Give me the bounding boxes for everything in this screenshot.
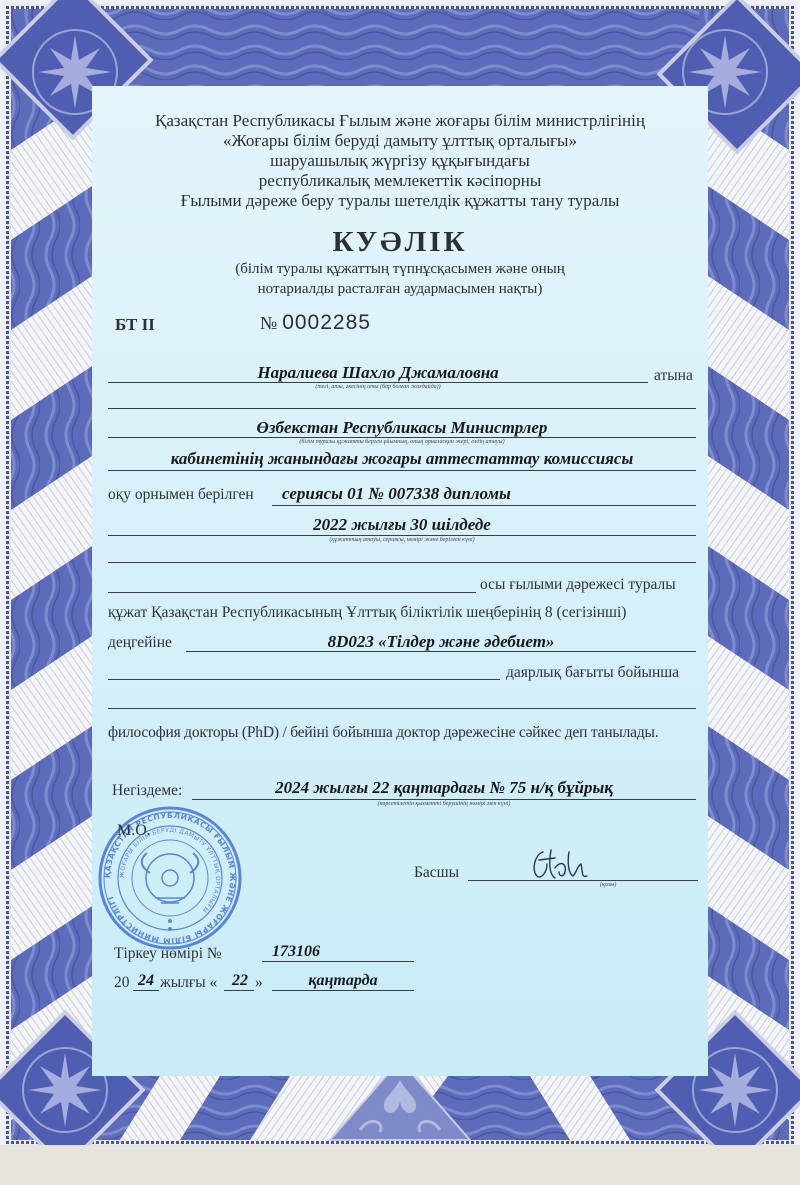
issuer-caption: (білім туралы құжатты берген ұйымның, он… (108, 439, 696, 445)
day-rule (224, 990, 254, 991)
month-rule (272, 990, 414, 991)
subtitle-line-2: нотариалды расталған аудармасымен нақты) (100, 280, 700, 299)
registration-year: 24 (134, 972, 158, 990)
holder-name: Наралиева Шахло Джамаловна (108, 363, 648, 383)
direction-suffix: даярлық бағыты бойынша (506, 664, 679, 682)
blank-rule-1 (108, 408, 696, 409)
document-number: №0002285 (260, 311, 371, 335)
framework-line: құжат Қазақстан Республикасының Ұлттық б… (108, 604, 626, 622)
stamp-place-label: М.О. (117, 822, 151, 840)
diploma-date-rule (108, 535, 696, 536)
issued-by-label: оқу орнымен берілген (108, 486, 254, 504)
header-line-3: шаруашылық жүргізу құқығындағы (100, 151, 700, 171)
basis-label: Негіздеме: (112, 782, 182, 800)
issuer-rule-2 (108, 470, 696, 471)
basis-caption: (көрсетілетін қызметті берушінің нөмірі … (192, 801, 696, 807)
number-sign: № (260, 313, 278, 333)
basis-rule (192, 799, 696, 800)
degree-suffix: осы ғылыми дәрежесі туралы (480, 576, 676, 594)
holder-name-caption: (тегі, аты, әкесінің аты (бар болған жағ… (108, 384, 648, 390)
registration-month: қаңтарда (272, 972, 414, 990)
diploma-caption: (құжаттың атауы, сериясы, нөмірі және бе… (108, 537, 696, 543)
registration-label: Тіркеу нөмірі № (114, 945, 222, 963)
signature-icon (525, 842, 600, 887)
issuer-line-2: кабинетінің жанындағы жоғары аттестаттау… (108, 449, 696, 469)
registration-day: 22 (226, 972, 254, 990)
program-rule (186, 651, 696, 652)
diploma-rule (272, 505, 696, 506)
number-value: 0002285 (282, 311, 371, 334)
year-suffix: жылғы « (160, 974, 217, 992)
holder-name-suffix: атына (654, 367, 693, 385)
header-line-5: Ғылыми дәреже беру туралы шетелдік құжат… (100, 191, 700, 211)
document-title: КУӘЛІК (100, 226, 700, 259)
basis-order: 2024 жылғы 22 қаңтардағы № 75 н/қ бұйрық (192, 778, 696, 798)
year-rule (133, 990, 159, 991)
diploma-date: 2022 жылғы 30 шілдеде (108, 515, 696, 535)
year-prefix: 20 (114, 974, 130, 992)
subtitle-line-1: (білім туралы құжаттың түпнұсқасымен жән… (100, 260, 700, 279)
header-line-1: Қазақстан Республикасы Ғылым және жоғары… (100, 111, 700, 131)
registration-number: 173106 (272, 943, 320, 961)
direction-rule (108, 679, 500, 680)
blank-rule-3 (108, 592, 476, 593)
holder-name-rule (108, 382, 648, 383)
diploma-number: сериясы 01 № 007338 дипломы (282, 484, 511, 504)
head-label: Басшы (414, 864, 459, 882)
certificate-sheet: Қазақстан Республикасы Ғылым және жоғары… (0, 0, 800, 1185)
level-label: деңгейіне (108, 634, 172, 652)
issuer-rule-1 (108, 437, 696, 438)
header-line-4: республикалық мемлекеттік кәсіпорны (100, 171, 700, 191)
document-series: БТ II (115, 315, 155, 335)
blank-rule-4 (108, 708, 696, 709)
recognition-line: философия докторы (PhD) / бейіні бойынша… (108, 724, 658, 742)
program-name: 8D023 «Тілдер және әдебиет» (186, 632, 696, 652)
issuer-line-1: Өзбекстан Республикасы Министрлер (108, 418, 696, 438)
registration-rule (262, 961, 414, 962)
day-suffix: » (255, 974, 263, 992)
blank-rule-2 (108, 562, 696, 563)
certificate-content: Қазақстан Республикасы Ғылым және жоғары… (0, 0, 800, 1185)
signature-caption: (қолы) (600, 882, 616, 888)
header-line-2: «Жоғары білім беруді дамыту ұлттық ортал… (100, 131, 700, 151)
